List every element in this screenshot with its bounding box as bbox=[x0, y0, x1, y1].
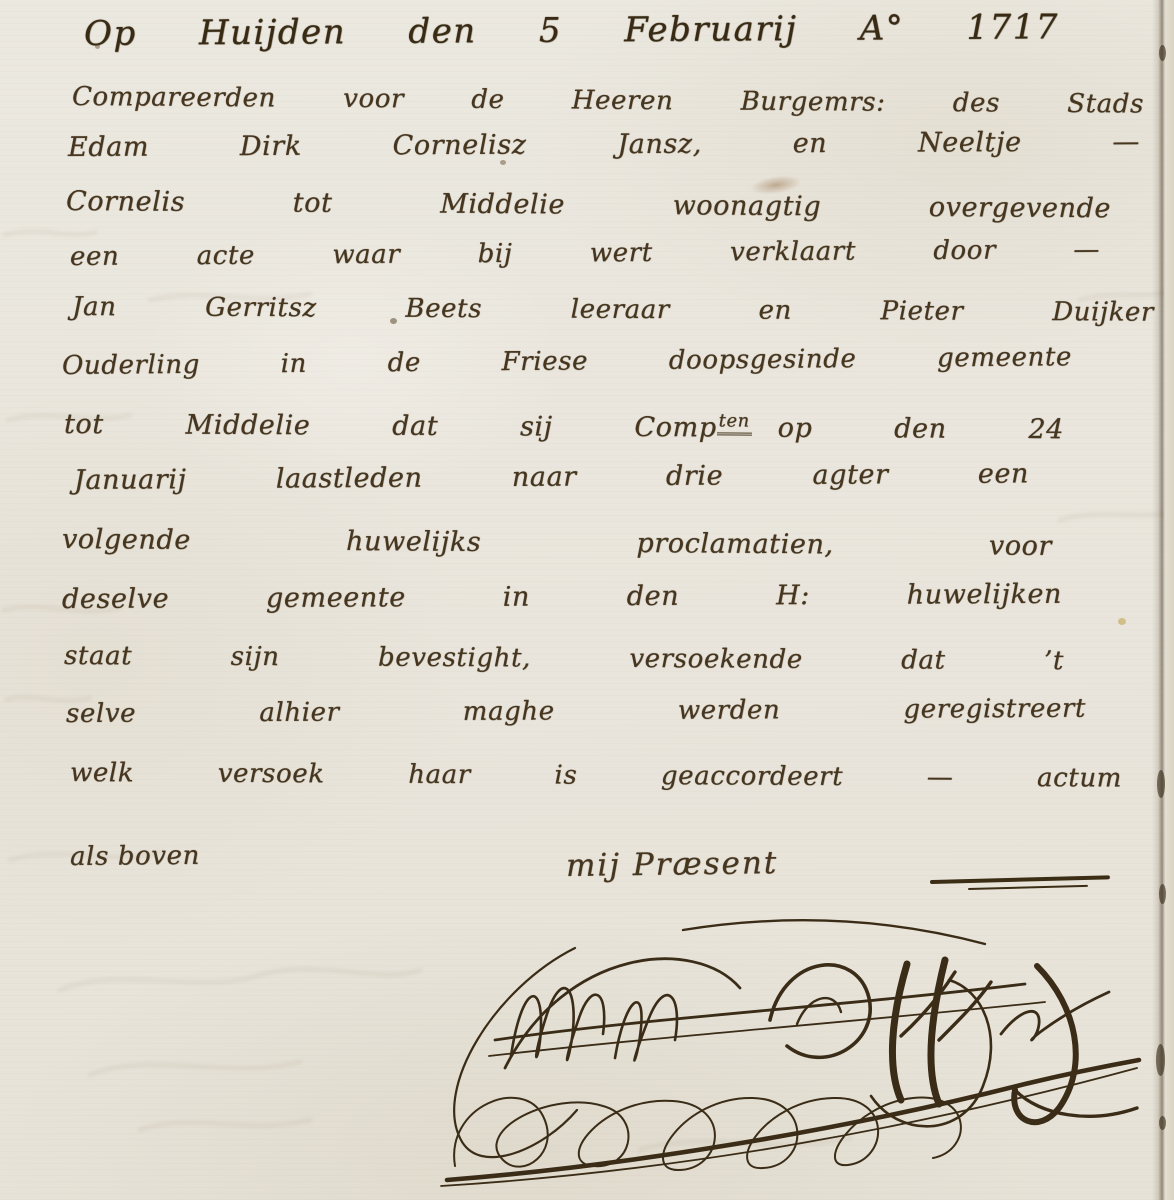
signature-flourish bbox=[425, 918, 1140, 1196]
manuscript-line: Ouderling in de Friese doopsgesinde geme… bbox=[62, 342, 1072, 381]
manuscript-line: staat sijn bevestight, versoekende dat ’… bbox=[64, 641, 1064, 676]
manuscript-line: selve alhier maghe werden geregistreert bbox=[66, 694, 1086, 729]
foxing-speck bbox=[1118, 618, 1126, 625]
edge-mark bbox=[1157, 770, 1165, 798]
manuscript-line: Compareerden voor de Heeren Burgemrs: de… bbox=[72, 82, 1144, 119]
manuscript-line: deselve gemeente in den H: huwelijken bbox=[62, 579, 1062, 615]
closing-mij-praesent: mij Præsent bbox=[566, 845, 779, 884]
edge-mark bbox=[1159, 45, 1166, 61]
manuscript-page: Op Huijden den 5 Februarij A° 1717 Compa… bbox=[0, 0, 1174, 1200]
praesent-flourish-line bbox=[968, 885, 1088, 890]
manuscript-line: welk versoek haar is geaccordeert — actu… bbox=[70, 758, 1122, 794]
manuscript-line: Op Huijden den 5 Februarij A° 1717 bbox=[84, 7, 1059, 54]
closing-als-boven: als boven bbox=[70, 841, 200, 872]
edge-mark bbox=[1159, 884, 1166, 904]
comparanten-text-post: op den 24 bbox=[778, 413, 1064, 445]
comparanten-text-pre: tot Middelie dat sij Comp bbox=[64, 409, 717, 443]
manuscript-line-comparanten: tot Middelie dat sij Comptenop den 24 bbox=[64, 407, 1064, 445]
edge-mark bbox=[1159, 1116, 1166, 1130]
superscript-abbreviation: ten bbox=[717, 410, 752, 435]
manuscript-line: volgende huwelijks proclamatien, voor bbox=[62, 524, 1052, 562]
ink-speck bbox=[500, 160, 506, 165]
manuscript-line: Cornelis tot Middelie woonagtig overgeve… bbox=[66, 186, 1111, 224]
praesent-flourish-line bbox=[930, 875, 1110, 884]
manuscript-line: Edam Dirk Cornelisz Jansz, en Neeltje — bbox=[68, 126, 1140, 163]
manuscript-line: een acte waar bij wert verklaart door — bbox=[70, 235, 1100, 272]
manuscript-line: Jan Gerritsz Beets leeraar en Pieter Dui… bbox=[72, 292, 1154, 328]
edge-mark bbox=[1156, 1044, 1165, 1076]
manuscript-line: Januarij laastleden naar drie agter een bbox=[74, 458, 1029, 496]
page-edge-gutter bbox=[1152, 0, 1174, 1200]
